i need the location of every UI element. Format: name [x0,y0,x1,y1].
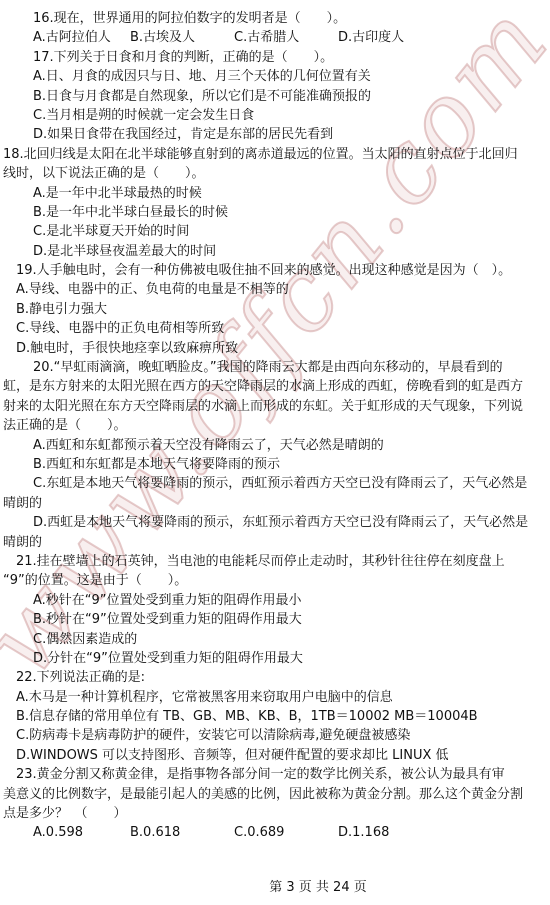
text-line: B.是一年中北半球白昼最长的时候 [0,203,550,222]
text-line: 法正确的是（ ）。 [0,416,550,435]
text-line: A.木马是一种计算机程序，它常被黑客用来窃取用户电脑中的信息 [0,688,550,707]
text-line: C.当月相是朔的时候就一定会发生日食 [0,106,550,125]
answer-option: C.古希腊人 [234,28,299,47]
text-line: 美意义的比例数字，是最能引起人的美感的比例，因此被称为黄金分割。那么这个黄金分割 [0,785,550,804]
text-line: 21.挂在壁墙上的石英钟，当电池的电能耗尽而停止走动时，其秒针往往停在刻度盘上 [0,552,550,571]
text-line: 22.下列说法正确的是: [0,668,550,687]
answer-option: A.古阿拉伯人 [33,28,111,47]
text-line: D.是北半球昼夜温差最大的时间 [0,242,550,261]
text-line: 19.人手触电时，会有一种仿佛被电吸住抽不回来的感觉。出现这种感觉是因为（ ）。 [0,261,550,280]
text-line: 射来的太阳光照在东方天空降雨层的水滴上而形成的东虹。关于虹形成的天气现象，下列说 [0,397,550,416]
text-line: C.是北半球夏天开始的时间 [0,222,550,241]
text-line: D.WINDOWS 可以支持图形、音频等，但对硬件配置的要求却比 LINUX 低 [0,746,550,765]
answer-option: A.0.598 [33,823,83,842]
text-line: 线时，以下说法正确的是（ ）。 [0,164,550,183]
answer-option: B.古埃及人 [130,28,195,47]
text-line: B.静电引力强大 [0,300,550,319]
text-line: 17.下列关于日食和月食的判断，正确的是（ ）。 [0,48,550,67]
answer-option: B.0.618 [130,823,180,842]
text-line: B.秒针在“9”位置处受到重力矩的阻碍作用最大 [0,610,550,629]
text-line: C.防病毒卡是病毒防护的硬件，安装它可以清除病毒,避免硬盘被感染 [0,726,550,745]
answer-option: C.0.689 [234,823,284,842]
text-line: B.信息存储的常用单位有 TB、GB、MB、KB、B，1TB＝10002 MB＝… [0,707,550,726]
text-line: A.日、月食的成因只与日、地、月三个天体的几何位置有关 [0,67,550,86]
text-line: A.是一年中北半球最热的时候 [0,184,550,203]
text-line: C.偶然因素造成的 [0,630,550,649]
answer-options-row: A.古阿拉伯人B.古埃及人C.古希腊人D.古印度人 [0,28,550,47]
text-line: 晴朗的 [0,533,550,552]
answer-options-row: A.0.598B.0.618C.0.689D.1.168 [0,823,550,842]
text-line: D.如果日食带在我国经过，肯定是东部的居民先看到 [0,125,550,144]
text-line: 20.“早虹雨滴滴，晚虹晒脸皮。”我国的降雨云大都是由西向东移动的，早晨看到的 [0,358,550,377]
text-line: 18.北回归线是太阳在北半球能够直射到的离赤道最远的位置。当太阳的直射点位于北回… [0,145,550,164]
text-line: 虹，是东方射来的太阳光照在西方的天空降雨层的水滴上形成的西虹，傍晚看到的虹是西方 [0,377,550,396]
answer-option: D.1.168 [338,823,389,842]
text-line: A.秒针在“9”位置处受到重力矩的阻碍作用最小 [0,591,550,610]
text-line: 晴朗的 [0,494,550,513]
text-line: D.西虹是本地天气将要降雨的预示，东虹预示着西方天空已没有降雨云了，天气必然是 [0,513,550,532]
text-line: B.日食与月食都是自然现象，所以它们是不可能准确预报的 [0,87,550,106]
text-line: 点是多少？ （ ） [0,804,550,823]
page-number-footer: 第 3 页 共 24 页 [43,878,550,897]
text-line: 23.黄金分割又称黄金律，是指事物各部分间一定的数学比例关系，被公认为最具有审 [0,765,550,784]
text-line: C.导线、电器中的正负电荷相等所致 [0,319,550,338]
answer-option: D.古印度人 [338,28,404,47]
text-line: D.触电时，手很快地痉挛以致麻痹所致 [0,339,550,358]
document-body: 16.现在，世界通用的阿拉伯数字的发明者是（ ）。A.古阿拉伯人B.古埃及人C.… [0,9,550,843]
text-line: A.导线、电器中的正、负电荷的电量是不相等的 [0,280,550,299]
text-line: B.西虹和东虹都是本地天气将要降雨的预示 [0,455,550,474]
text-line: A.西虹和东虹都预示着天空没有降雨云了，天气必然是晴朗的 [0,436,550,455]
exam-page: www.offcn.com 16.现在，世界通用的阿拉伯数字的发明者是（ ）。A… [0,0,550,905]
text-line: D.分针在“9”位置处受到重力矩的阻碍作用最大 [0,649,550,668]
text-line: “9”的位置。这是由于（ ）。 [0,571,550,590]
text-line: 16.现在，世界通用的阿拉伯数字的发明者是（ ）。 [0,9,550,28]
text-line: C.东虹是本地天气将要降雨的预示，西虹预示着西方天空已没有降雨云了，天气必然是 [0,474,550,493]
